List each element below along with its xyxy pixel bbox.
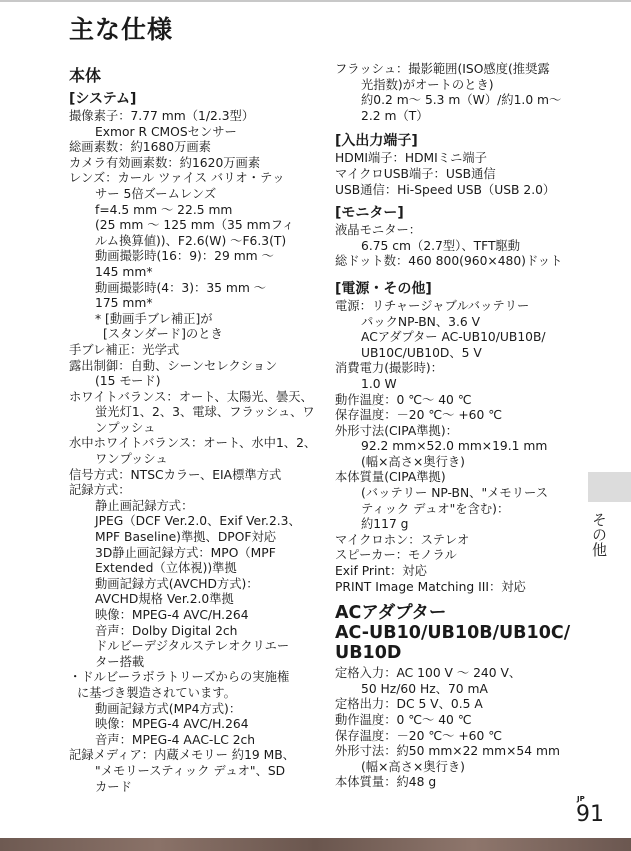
spec-line: ティック デュオ"を含む)： xyxy=(335,502,585,518)
spec-line: 総ドット数：460 800(960×480)ドット xyxy=(335,254,585,270)
ac-adapter-title-line: UB10D xyxy=(335,643,585,663)
spec-line: (25 mm ～ 125 mm（35 mmフィ xyxy=(69,218,331,234)
spec-line: ACアダプター AC-UB10/UB10B/ xyxy=(335,330,585,346)
subsection-title-monitor: [モニター] xyxy=(335,204,585,222)
spec-line: ンプッシュ xyxy=(69,421,331,437)
spec-line: 電源：リチャージャブルバッテリー xyxy=(335,299,585,315)
spec-line: 保存温度：－20 ℃～ +60 ℃ xyxy=(335,729,585,745)
spec-line: マイクロUSB端子：USB通信 xyxy=(335,167,585,183)
spec-line: サー 5倍ズームレンズ xyxy=(69,187,331,203)
spec-line: スピーカー：モノラル xyxy=(335,548,585,564)
spec-line: 定格出力：DC 5 V、0.5 A xyxy=(335,697,585,713)
spec-line: [スタンダード]のとき xyxy=(69,327,331,343)
spec-line: 音声：Dolby Digital 2ch xyxy=(69,624,331,640)
spec-line: に基づき製造されています。 xyxy=(69,686,331,702)
spec-line: 総画素数：約1680万画素 xyxy=(69,140,331,156)
spec-line: 外形寸法(CIPA準拠)： xyxy=(335,424,585,440)
spec-line: 動画撮影時(16：9)：29 mm ～ xyxy=(69,249,331,265)
spec-line: HDMI端子：HDMIミニ端子 xyxy=(335,151,585,167)
spec-line: 露出制御：自動、シーンセレクション xyxy=(69,359,331,375)
spec-line: 約117 g xyxy=(335,517,585,533)
spec-line: 映像：MPEG-4 AVC/H.264 xyxy=(69,608,331,624)
spec-line: フラッシュ：撮影範囲(ISO感度(推奨露 xyxy=(335,62,585,78)
ac-adapter-title-line: AC-UB10/UB10B/UB10C/ xyxy=(335,623,585,643)
spec-line: 光指数)がオートのとき) xyxy=(335,78,585,94)
spec-line: 動作温度：0 ℃～ 40 ℃ xyxy=(335,393,585,409)
spec-line: (15 モード) xyxy=(69,374,331,390)
spec-line: 50 Hz/60 Hz、70 mA xyxy=(335,682,585,698)
spec-line: 保存温度：－20 ℃～ +60 ℃ xyxy=(335,408,585,424)
spec-line: 1.0 W xyxy=(335,377,585,393)
spec-line: (バッテリー NP-BN、"メモリース xyxy=(335,486,585,502)
spec-line: 145 mm* xyxy=(69,265,331,281)
spec-line: Exmor R CMOSセンサー xyxy=(69,125,331,141)
system-spec-list: 撮像素子：7.77 mm（1/2.3型）Exmor R CMOSセンサー総画素数… xyxy=(69,109,331,795)
spec-line: ・ドルビーラボラトリーズからの実施権 xyxy=(69,670,331,686)
spec-line: 映像：MPEG-4 AVC/H.264 xyxy=(69,717,331,733)
spec-line: ター搭載 xyxy=(69,655,331,671)
spec-line: マイクロホン：ステレオ xyxy=(335,533,585,549)
top-divider xyxy=(0,0,631,2)
spec-line: "メモリースティック デュオ"、SD xyxy=(69,764,331,780)
spec-line: 約0.2 m～ 5.3 m（W）/約1.0 m～ xyxy=(335,93,585,109)
spec-line: JPEG（DCF Ver.2.0、Exif Ver.2.3、 xyxy=(69,514,331,530)
subsection-title-system: [システム] xyxy=(69,90,331,108)
spec-line: ルム換算値))、F2.6(W) ～F6.3(T) xyxy=(69,234,331,250)
section-title-body: 本体 xyxy=(69,66,331,86)
bottom-edge xyxy=(0,838,631,851)
spec-line: カード xyxy=(69,780,331,796)
left-column: 本体 [システム] 撮像素子：7.77 mm（1/2.3型）Exmor R CM… xyxy=(69,64,331,795)
spec-line: Exif Print：対応 xyxy=(335,564,585,580)
chapter-index-tab xyxy=(588,472,631,502)
spec-line: 動画撮影時(4：3)：35 mm ～ xyxy=(69,281,331,297)
spec-line: 動作温度：0 ℃～ 40 ℃ xyxy=(335,713,585,729)
spec-line: f=4.5 mm ～ 22.5 mm xyxy=(69,203,331,219)
spec-line: ドルビーデジタルステレオクリエー xyxy=(69,639,331,655)
spec-line: 蛍光灯1、2、3、電球、フラッシュ、ワ xyxy=(69,405,331,421)
spec-line: ワンプッシュ xyxy=(69,452,331,468)
flash-spec-list: フラッシュ：撮影範囲(ISO感度(推奨露光指数)がオートのとき)約0.2 m～ … xyxy=(335,62,585,124)
ac-adapter-title-line: ACアダプター xyxy=(335,603,585,623)
spec-line: 記録メディア：内蔵メモリー 約19 MB、 xyxy=(69,748,331,764)
spec-line: 液晶モニター： xyxy=(335,223,585,239)
spec-line: 92.2 mm×52.0 mm×19.1 mm xyxy=(335,439,585,455)
spec-line: * [動画手ブレ補正]が xyxy=(69,312,331,328)
spec-line: 音声：MPEG-4 AAC-LC 2ch xyxy=(69,733,331,749)
spec-line: (幅×高さ×奥行き) xyxy=(335,455,585,471)
spec-line: 静止画記録方式： xyxy=(69,499,331,515)
spec-line: USB通信：Hi-Speed USB（USB 2.0） xyxy=(335,183,585,199)
spec-line: 消費電力(撮影時)： xyxy=(335,361,585,377)
page-title: 主な仕様 xyxy=(69,10,173,46)
spec-line: パックNP-BN、3.6 V xyxy=(335,315,585,331)
spec-line: 3D静止画記録方式：MPO（MPF xyxy=(69,546,331,562)
spec-line: 動画記録方式(MP4方式)： xyxy=(69,702,331,718)
ac-adapter-spec-list: 定格入力：AC 100 V ～ 240 V、50 Hz/60 Hz、70 mA定… xyxy=(335,666,585,791)
spec-line: 定格入力：AC 100 V ～ 240 V、 xyxy=(335,666,585,682)
spec-line: 信号方式：NTSCカラー、EIA標準方式 xyxy=(69,468,331,484)
spec-line: 2.2 m（T） xyxy=(335,109,585,125)
spec-line: 本体質量：約48 g xyxy=(335,775,585,791)
power-spec-list: 電源：リチャージャブルバッテリーパックNP-BN、3.6 VACアダプター AC… xyxy=(335,299,585,595)
spec-line: 外形寸法：約50 mm×22 mm×54 mm xyxy=(335,744,585,760)
spec-line: UB10C/UB10D、5 V xyxy=(335,346,585,362)
subsection-title-power: [電源・その他] xyxy=(335,280,585,298)
spec-line: (幅×高さ×奥行き) xyxy=(335,760,585,776)
chapter-index-label: その他 xyxy=(591,512,607,557)
spec-line: MPF Baseline)準拠、DPOF対応 xyxy=(69,530,331,546)
spec-line: 撮像素子：7.77 mm（1/2.3型） xyxy=(69,109,331,125)
subsection-title-io: [入出力端子] xyxy=(335,132,585,150)
spec-line: 本体質量(CIPA準拠) xyxy=(335,470,585,486)
spec-line: AVCHD規格 Ver.2.0準拠 xyxy=(69,592,331,608)
spec-line: 175 mm* xyxy=(69,296,331,312)
spec-line: ホワイトバランス：オート、太陽光、曇天、 xyxy=(69,390,331,406)
spec-line: レンズ：カール ツァイス バリオ・テッ xyxy=(69,171,331,187)
spec-line: Extended（立体視))準拠 xyxy=(69,561,331,577)
io-spec-list: HDMI端子：HDMIミニ端子マイクロUSB端子：USB通信USB通信：Hi-S… xyxy=(335,151,585,198)
spec-line: 手ブレ補正：光学式 xyxy=(69,343,331,359)
monitor-spec-list: 液晶モニター：6.75 cm（2.7型）、TFT駆動総ドット数：460 800(… xyxy=(335,223,585,270)
spec-line: PRINT Image Matching III：対応 xyxy=(335,580,585,596)
section-title-ac-adapter: ACアダプター AC-UB10/UB10B/UB10C/ UB10D xyxy=(335,603,585,663)
page-number: 91 xyxy=(576,803,604,827)
spec-line: 6.75 cm（2.7型）、TFT駆動 xyxy=(335,239,585,255)
spec-line: 記録方式： xyxy=(69,483,331,499)
spec-line: 水中ホワイトバランス：オート、水中1、2、 xyxy=(69,436,331,452)
spec-line: 動画記録方式(AVCHD方式)： xyxy=(69,577,331,593)
spec-line: カメラ有効画素数：約1620万画素 xyxy=(69,156,331,172)
right-column: フラッシュ：撮影範囲(ISO感度(推奨露光指数)がオートのとき)約0.2 m～ … xyxy=(335,62,585,791)
